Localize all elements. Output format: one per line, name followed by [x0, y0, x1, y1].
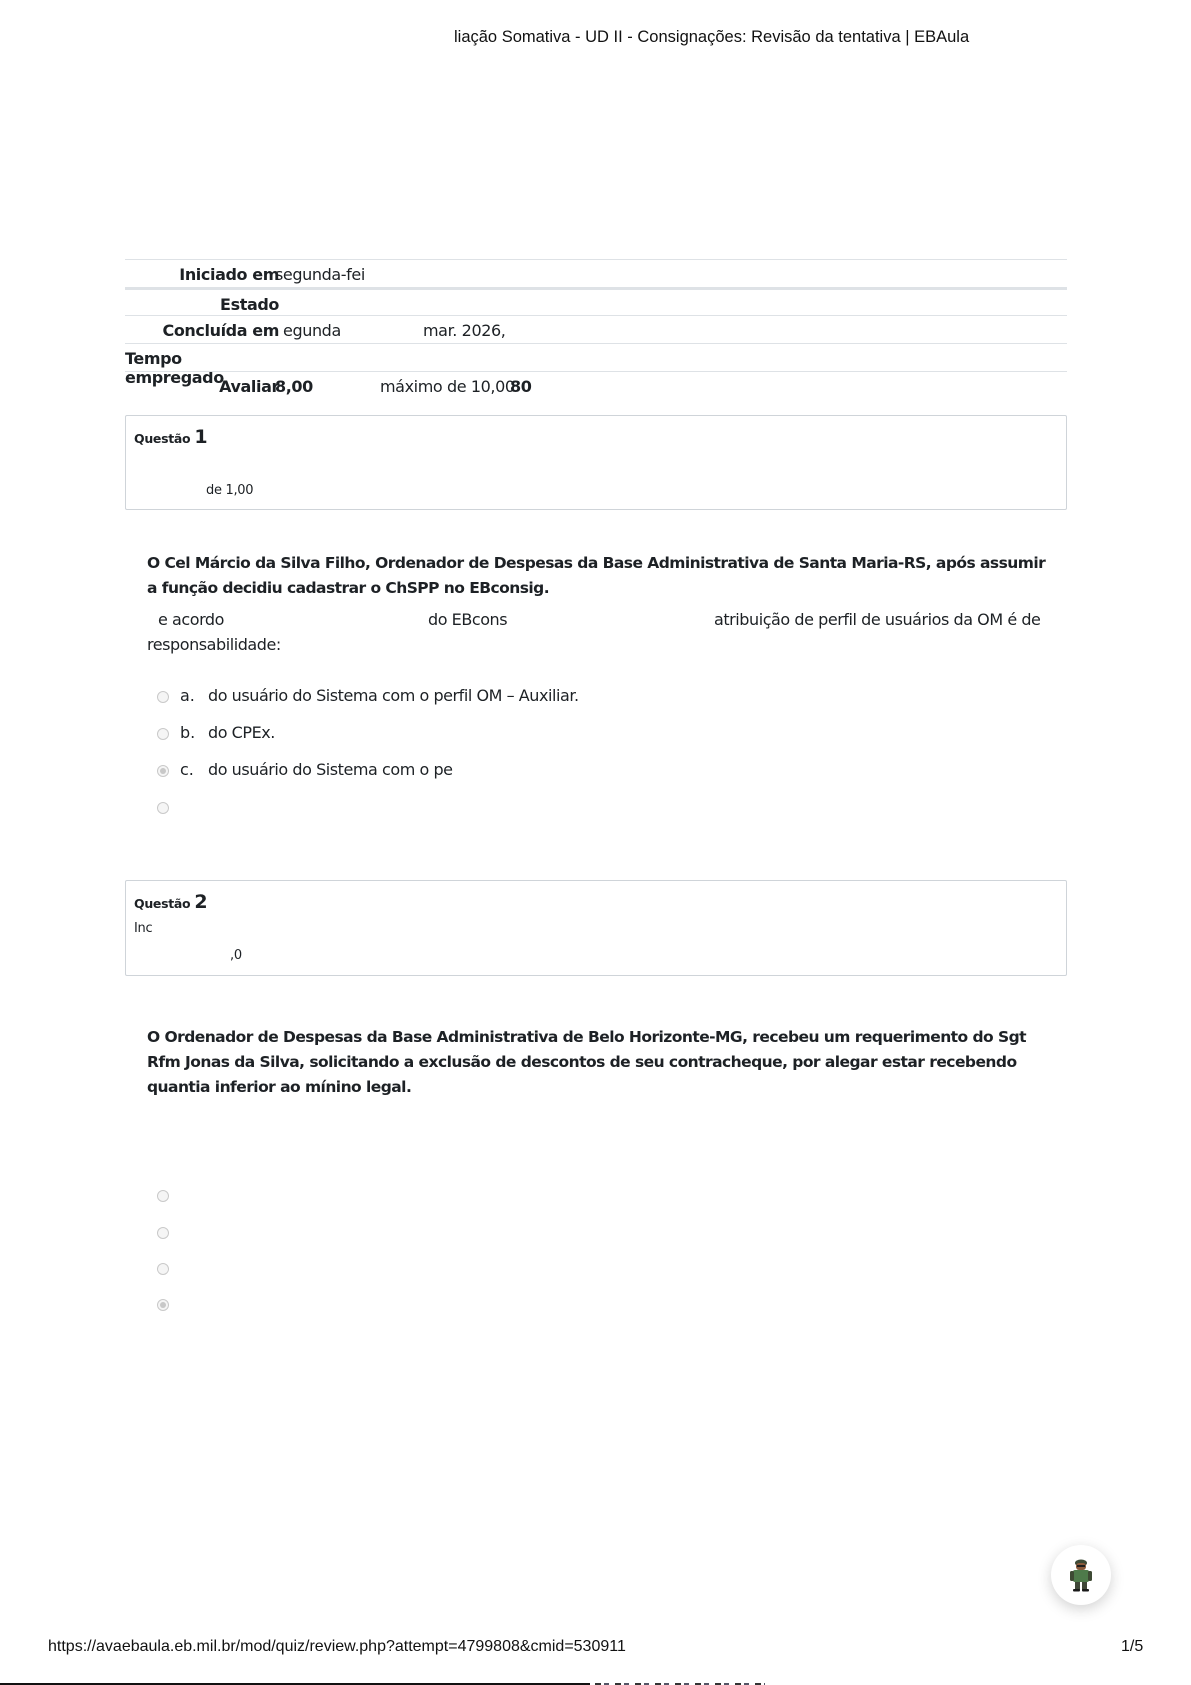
radio-button[interactable]	[157, 728, 169, 740]
print-page-title: liação Somativa - UD II - Consignações: …	[454, 28, 969, 47]
question-1-info-box: Questão 1 de 1,00	[125, 415, 1067, 510]
option-text: do usuário do Sistema com o pe	[208, 760, 453, 779]
summary-label: Estado	[220, 295, 279, 314]
radio-button-selected[interactable]	[157, 765, 169, 777]
print-page-number: 1/5	[1121, 1638, 1143, 1656]
summary-row-started: Iniciado em segunda-fei	[125, 259, 1067, 287]
question-1-text: O Cel Márcio da Silva Filho, Ordenador d…	[147, 551, 1047, 601]
summary-label: Concluída em	[162, 321, 279, 340]
question-label: Questão	[134, 431, 190, 446]
radio-button[interactable]	[157, 802, 169, 814]
attempt-summary-table: Iniciado em segunda-fei Estado Concluída…	[125, 259, 1067, 399]
question-label: Questão	[134, 896, 190, 911]
grade-value: 8,00	[275, 377, 313, 396]
question-2-number: Questão 2	[134, 891, 207, 913]
print-footer-url: https://avaebaula.eb.mil.br/mod/quiz/rev…	[48, 1638, 626, 1656]
question-1-grade: de 1,00	[206, 483, 253, 498]
question-1-fragment: do EBcons	[428, 610, 507, 629]
option-text: do CPEx.	[208, 723, 275, 742]
question-1-fragment: e acordo	[158, 610, 224, 629]
radio-button[interactable]	[157, 1190, 169, 1202]
summary-value: segunda-fei	[275, 265, 365, 284]
radio-button[interactable]	[157, 1263, 169, 1275]
summary-value-date: mar. 2026,	[423, 321, 505, 340]
question-2-grade: ,0	[230, 948, 242, 963]
summary-label: Avaliar	[219, 377, 279, 396]
option-letter: c.	[180, 760, 194, 779]
grade-percent: 80	[510, 377, 531, 396]
question-number: 1	[194, 426, 207, 448]
summary-value: egunda	[283, 321, 341, 340]
question-2-status: Inc	[134, 921, 152, 936]
summary-label: Iniciado em	[179, 265, 279, 284]
question-2-text: O Ordenador de Despesas da Base Administ…	[147, 1025, 1042, 1100]
summary-row-completed: Concluída em egunda mar. 2026,	[125, 315, 1067, 343]
radio-button-selected[interactable]	[157, 1299, 169, 1311]
grade-max: máximo de 10,00	[380, 377, 515, 396]
summary-row-state: Estado	[125, 287, 1067, 315]
option-text: do usuário do Sistema com o perfil OM – …	[208, 686, 579, 705]
question-1-fragment: atribuição de perfil de usuários da OM é…	[714, 610, 1040, 629]
question-1-number: Questão 1	[134, 426, 207, 448]
soldier-avatar-icon	[1051, 1545, 1111, 1605]
summary-row-grade: Avaliar 8,00 máximo de 10,00 80	[125, 371, 1067, 399]
question-1-fragment: responsabilidade:	[147, 635, 281, 654]
option-letter: a.	[180, 686, 195, 705]
option-letter: b.	[180, 723, 195, 742]
question-number: 2	[194, 891, 207, 913]
radio-button[interactable]	[157, 691, 169, 703]
question-2-info-box: Questão 2 Inc ,0	[125, 880, 1067, 976]
radio-button[interactable]	[157, 1227, 169, 1239]
summary-row-time-taken: Tempo empregado	[125, 343, 1067, 371]
assistant-avatar-button[interactable]	[1051, 1545, 1111, 1605]
